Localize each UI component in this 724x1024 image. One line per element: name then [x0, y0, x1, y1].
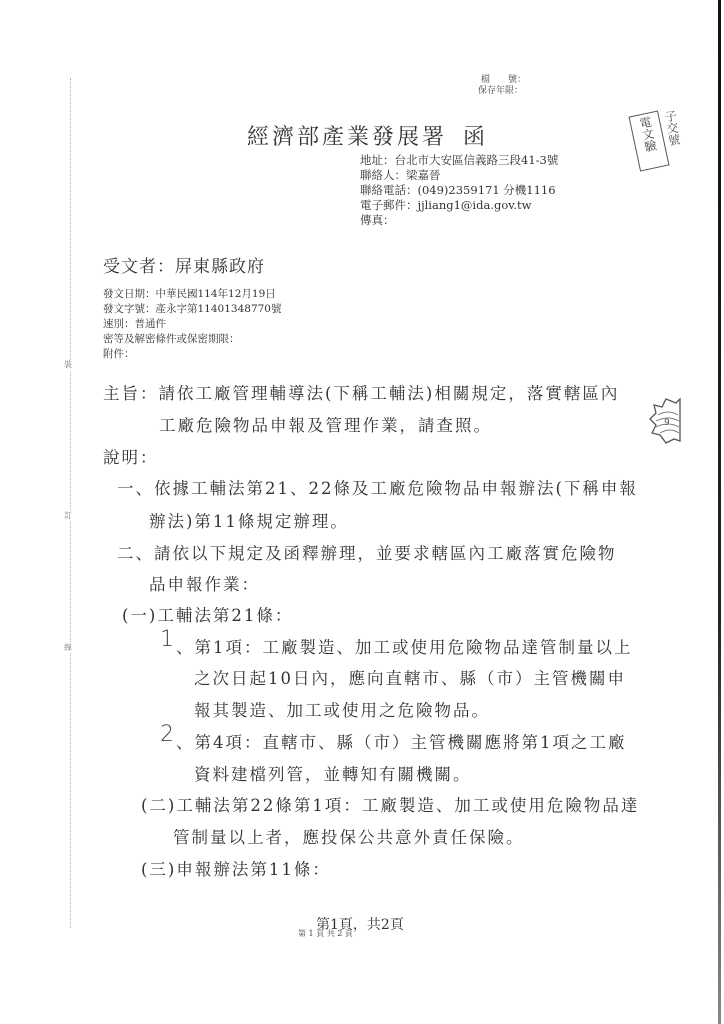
binding-line	[70, 78, 71, 928]
item1-line-2: 辦法)第11條規定辦理。	[149, 508, 349, 532]
subject-line-2: 工廠危險物品申報及管理作業，請查照。	[159, 412, 492, 436]
stamp-box-text: 電文驗	[636, 115, 659, 154]
point1-line-3: 報其製造、加工或使用之危險物品。	[194, 697, 490, 721]
email: 電子郵件：jjliang1@ida.gov.tw	[360, 198, 558, 213]
point2-line-1: 、第4項：直轄市、縣（市）主管機關應將第1項之工廠	[176, 729, 627, 753]
fax: 傳真：	[360, 213, 558, 228]
meta-block: 發文日期：中華民國114年12月19日 發文字號：產永字第11401348770…	[103, 287, 281, 362]
point1-line-2: 之次日起10日內，應向直轄市、縣（市）主管機關申	[194, 665, 626, 689]
recipient: 受文者：屏東縣政府	[103, 252, 265, 277]
point1-number: 1	[160, 627, 174, 652]
point1-line-1: 、第1項：工廠製造、加工或使用危險物品達管制量以上	[176, 634, 633, 658]
sub3-heading: (三)申報辦法第11條：	[141, 856, 331, 880]
seal-stamp-icon: 9	[646, 395, 684, 445]
binding-mark-middle: 訂	[64, 511, 72, 521]
sub2-line-1: (二)工輔法第22條第1項：工廠製造、加工或使用危險物品達	[141, 792, 639, 816]
point2-num: 2	[160, 722, 174, 747]
binding-mark-top: 裝	[64, 360, 72, 370]
retention-label: 保存年限：	[478, 86, 526, 97]
agency-title: 經濟部產業發展署	[247, 125, 447, 150]
stamp-side-text: 子交號	[661, 109, 683, 147]
explanation-heading: 說明：	[103, 444, 159, 468]
svg-text:9: 9	[664, 418, 670, 428]
classification: 密等及解密條件或保密期限：	[103, 332, 281, 347]
subject-line-1: 主旨：請依工廠管理輔導法(下稱工輔法)相關規定，落實轄區內	[103, 380, 619, 404]
item2-line-1: 二、請依以下規定及函釋辦理，並要求轄區內工廠落實危險物	[117, 540, 617, 564]
point1-num: 1	[160, 627, 174, 652]
issue-date: 發文日期：中華民國114年12月19日	[103, 287, 281, 302]
speed: 速別：普通件	[103, 317, 281, 332]
sub2-line-2: 管制量以上者，應投保公共意外責任保險。	[173, 824, 525, 848]
attachment: 附件：	[103, 347, 281, 362]
page-title: 經濟部產業發展署函	[247, 120, 488, 151]
point2-number: 2	[160, 722, 174, 747]
contact-person: 聯絡人：梁嘉晉	[360, 168, 558, 183]
page-indicator-small: 第 1 頁 共 2 頁	[298, 928, 353, 939]
address: 地址：台北市大安區信義路三段41-3號	[360, 153, 558, 168]
doc-type: 函	[463, 125, 488, 150]
filing-block: 檔 號： 保存年限：	[478, 75, 526, 97]
phone: 聯絡電話：(049)2359171 分機1116	[360, 183, 558, 198]
contact-block: 地址：台北市大安區信義路三段41-3號 聯絡人：梁嘉晉 聯絡電話：(049)23…	[360, 153, 558, 228]
doc-number: 發文字號：產永字第11401348770號	[103, 302, 281, 317]
sub1-heading: (一)工輔法第21條：	[122, 602, 293, 626]
point2-line-2: 資料建檔列管，並轉知有關機關。	[194, 761, 472, 785]
item2-line-2: 品申報作業：	[149, 571, 260, 595]
file-number-label: 檔 號：	[478, 75, 526, 86]
item1-line-1: 一、依據工輔法第21、22條及工廠危險物品申報辦法(下稱申報	[117, 475, 638, 499]
scan-edge-border	[718, 0, 721, 1024]
binding-mark-bottom: 線	[64, 643, 72, 653]
